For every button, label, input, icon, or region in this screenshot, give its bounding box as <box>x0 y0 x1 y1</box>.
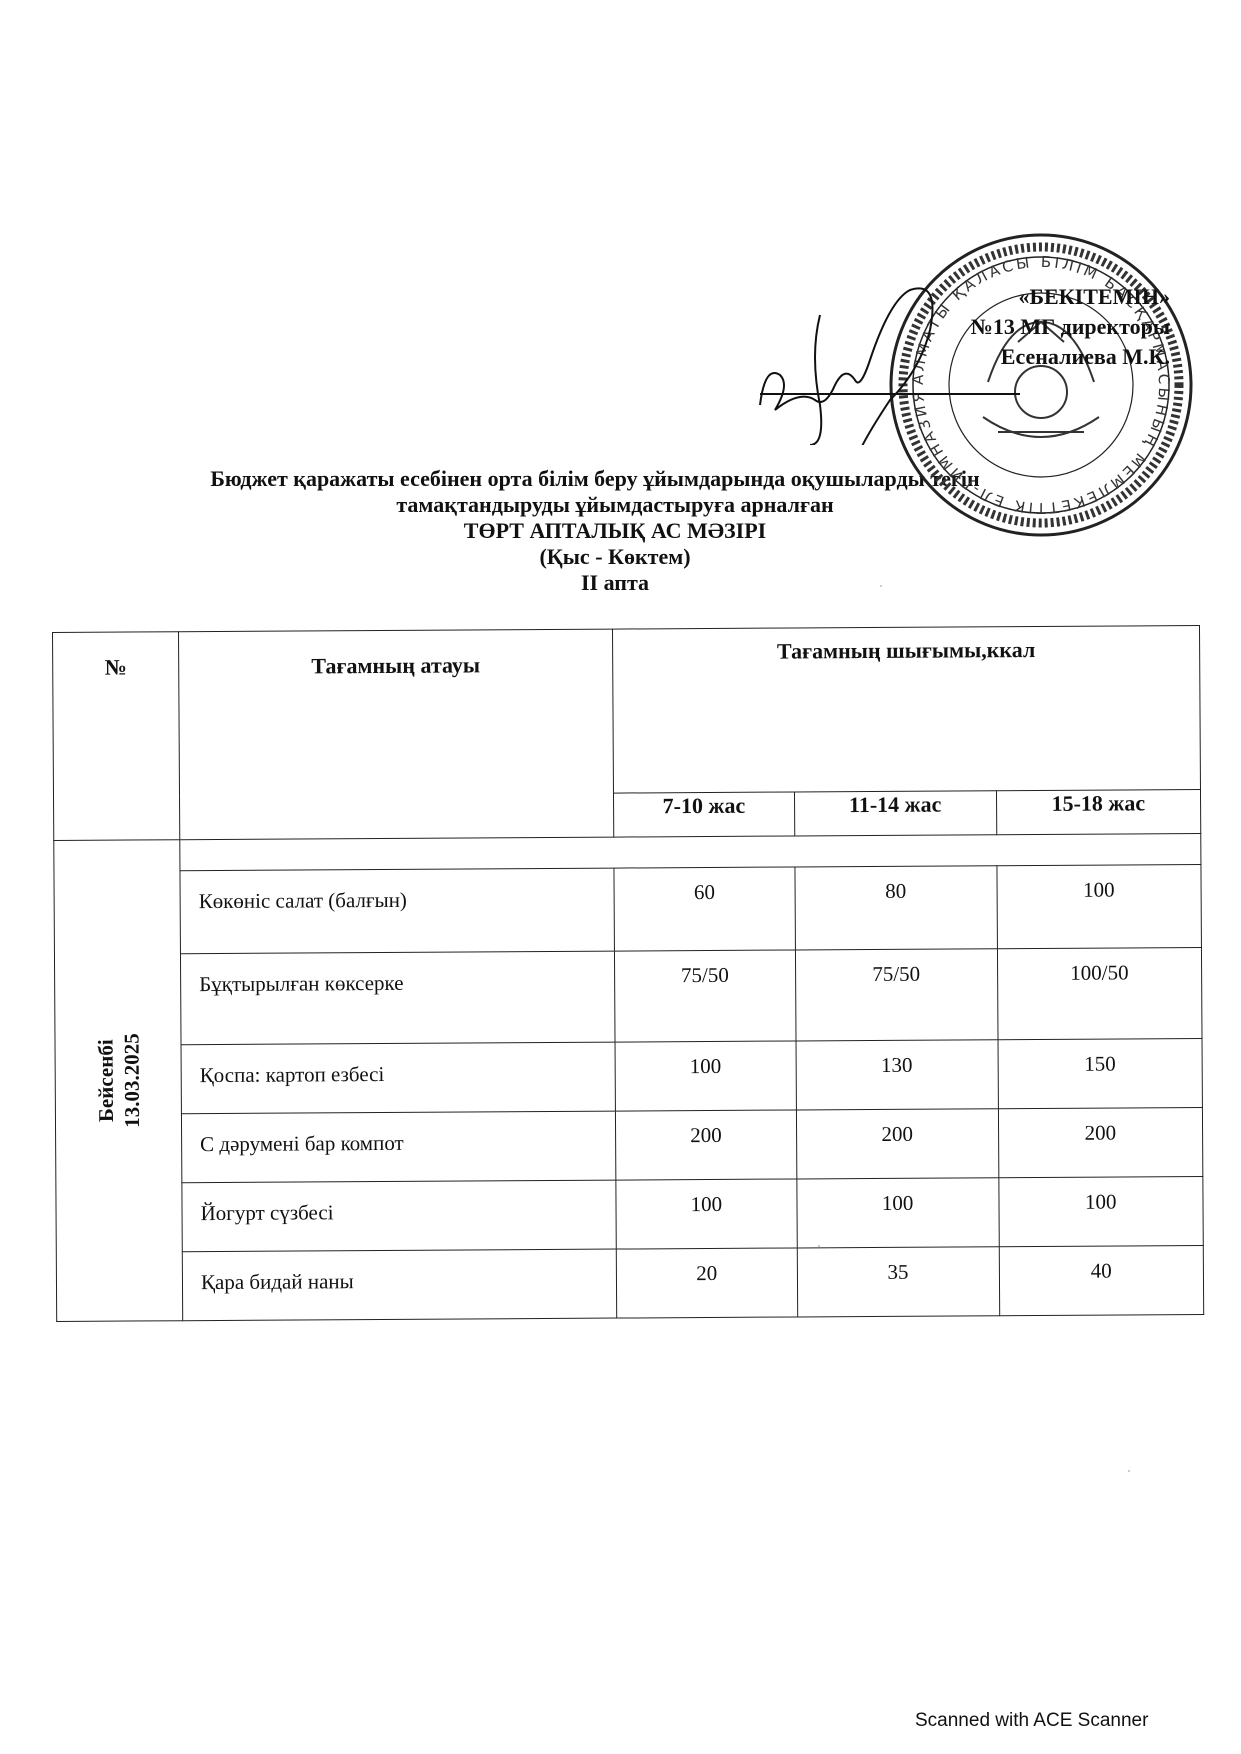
dish-name: Йогурт сүзбесі <box>182 1180 616 1252</box>
dish-name: Қоспа: картоп езбесі <box>181 1042 615 1114</box>
table-row: Йогурт сүзбесі 100 100 100 <box>56 1176 1203 1252</box>
scan-speck <box>1128 1470 1130 1472</box>
week-label: II апта <box>130 570 1100 596</box>
day-cell: Бейсенбі 13.03.2025 <box>54 840 183 1322</box>
header-output: Тағамның шығымы,ккал <box>612 625 1200 793</box>
weekday: Бейсенбі <box>92 1033 119 1128</box>
dish-name: С дәрумені бар компот <box>181 1111 615 1183</box>
portion-15-18: 100 <box>996 864 1201 948</box>
portion-11-14: 200 <box>796 1109 998 1179</box>
table-row: Қоспа: картоп езбесі 100 130 150 <box>55 1038 1202 1114</box>
header-age-11-14: 11-14 жас <box>794 791 996 836</box>
date: 13.03.2025 <box>118 1033 145 1128</box>
portion-11-14: 130 <box>796 1040 998 1110</box>
portion-7-10: 60 <box>614 867 795 951</box>
portion-15-18: 100/50 <box>997 947 1202 1039</box>
season-label: (Қыс - Көктем) <box>130 544 1100 570</box>
dish-name: Бұқтырылған көксерке <box>180 951 615 1045</box>
portion-7-10: 200 <box>615 1110 796 1180</box>
scanner-watermark: Scanned with ACE Scanner <box>915 1710 1148 1732</box>
table-row: Бұқтырылған көксерке 75/50 75/50 100/50 <box>54 947 1202 1045</box>
table-row: Қара бидай наны 20 35 40 <box>56 1245 1203 1321</box>
portion-15-18: 40 <box>999 1245 1204 1315</box>
approval-block: «БЕКІТЕМІН» №13 МГ директоры Есеналиева … <box>905 282 1170 372</box>
menu-table: № Тағамның атауы Тағамның шығымы,ккал 7-… <box>52 625 1204 1322</box>
portion-7-10: 100 <box>615 1041 796 1111</box>
header-dish-name: Тағамның атауы <box>179 629 614 840</box>
portion-11-14: 35 <box>797 1247 999 1317</box>
header-number: № <box>53 632 180 841</box>
portion-7-10: 20 <box>616 1248 797 1318</box>
portion-7-10: 100 <box>616 1179 797 1249</box>
table-row: Көкөніс салат (балғын) 60 80 100 <box>54 864 1201 954</box>
portion-15-18: 100 <box>998 1176 1203 1246</box>
header-age-15-18: 15-18 жас <box>996 790 1201 835</box>
approval-title: «БЕКІТЕМІН» <box>905 282 1170 312</box>
portion-11-14: 100 <box>797 1178 999 1248</box>
dish-name: Көкөніс салат (балғын) <box>180 868 614 954</box>
signature-line <box>760 393 1020 395</box>
approval-name: Есеналиева М.К. <box>905 342 1170 372</box>
table-header-row: № Тағамның атауы Тағамның шығымы,ккал <box>53 625 1201 796</box>
portion-11-14: 80 <box>795 866 997 950</box>
portion-11-14: 75/50 <box>795 949 997 1041</box>
approval-position: №13 МГ директоры <box>905 312 1170 342</box>
portion-15-18: 150 <box>998 1038 1203 1108</box>
header-age-7-10: 7-10 жас <box>613 792 794 837</box>
day-label: Бейсенбі 13.03.2025 <box>92 1033 145 1128</box>
scan-speck <box>818 1245 820 1247</box>
portion-15-18: 200 <box>998 1107 1203 1177</box>
table-row: С дәрумені бар компот 200 200 200 <box>55 1107 1202 1183</box>
dish-name: Қара бидай наны <box>182 1249 616 1321</box>
portion-7-10: 75/50 <box>614 950 795 1042</box>
